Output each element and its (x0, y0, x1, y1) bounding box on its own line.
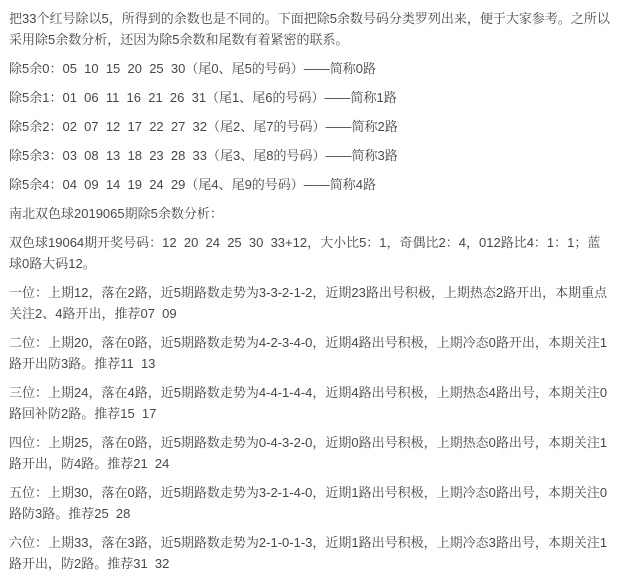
position-analysis-4: 四位：上期25，落在0路，近5期路数走势为0-4-3-2-0，近期0路出号积极，… (9, 432, 611, 474)
remainder-line-0: 除5余0：05 10 15 20 25 30（尾0、尾5的号码）——简称0路 (9, 58, 611, 79)
position-analysis-2: 二位：上期20，落在0路，近5期路数走势为4-2-3-4-0，近期4路出号积极，… (9, 332, 611, 374)
intro-paragraph: 把33个红号除以5，所得到的余数也是不同的。下面把除5余数号码分类罗列出来，便于… (9, 8, 611, 50)
remainder-line-2: 除5余2：02 07 12 17 22 27 32（尾2、尾7的号码）——简称2… (9, 116, 611, 137)
lottery-analysis-article: 把33个红号除以5，所得到的余数也是不同的。下面把除5余数号码分类罗列出来，便于… (0, 0, 620, 584)
position-analysis-3: 三位：上期24，落在4路，近5期路数走势为4-4-1-4-4，近期4路出号积极，… (9, 382, 611, 424)
analysis-heading: 南北双色球2019065期除5余数分析： (9, 203, 611, 224)
position-analysis-5: 五位：上期30，落在0路，近5期路数走势为3-2-1-4-0，近期1路出号积极，… (9, 482, 611, 524)
remainder-line-1: 除5余1：01 06 11 16 21 26 31（尾1、尾6的号码）——简称1… (9, 87, 611, 108)
remainder-line-4: 除5余4：04 09 14 19 24 29（尾4、尾9的号码）——简称4路 (9, 174, 611, 195)
remainder-line-3: 除5余3：03 08 13 18 23 28 33（尾3、尾8的号码）——简称3… (9, 145, 611, 166)
position-analysis-6: 六位：上期33，落在3路，近5期路数走势为2-1-0-1-3，近期1路出号积极，… (9, 532, 611, 574)
position-analysis-1: 一位：上期12，落在2路，近5期路数走势为3-3-2-1-2，近期23路出号积极… (9, 282, 611, 324)
last-draw-summary: 双色球19064期开奖号码：12 20 24 25 30 33+12，大小比5：… (9, 232, 611, 274)
